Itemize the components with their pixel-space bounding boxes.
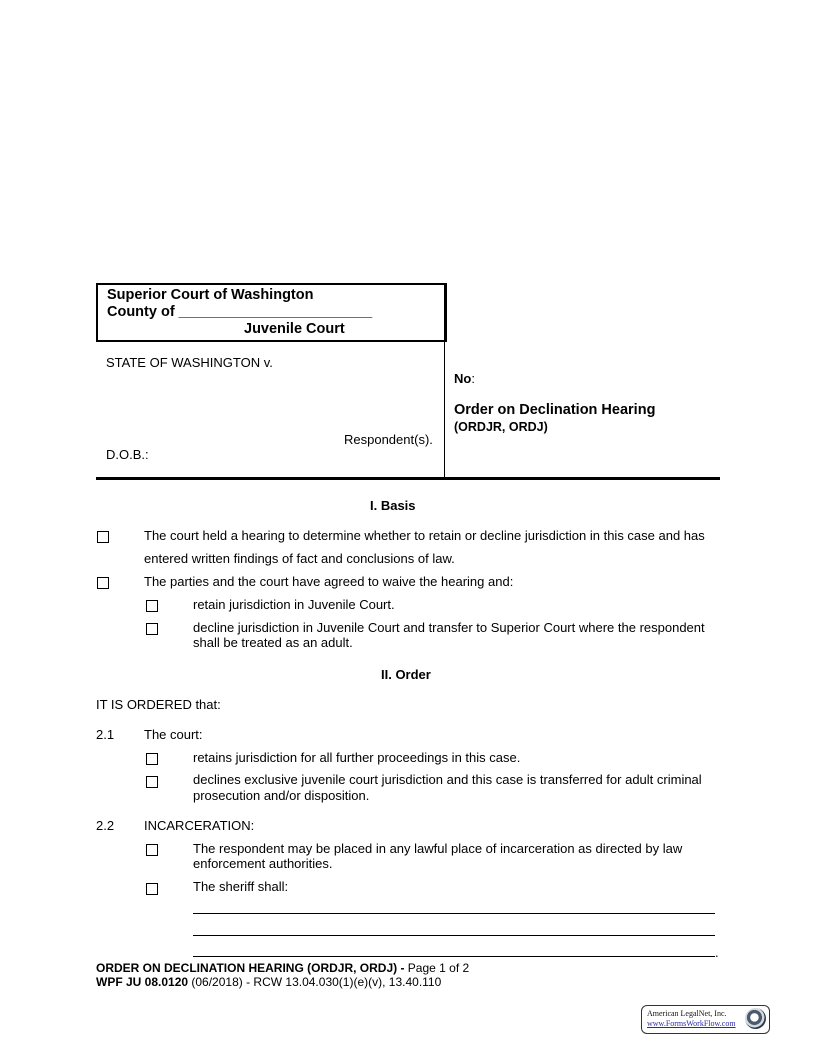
retain-jurisdiction-text: retain jurisdiction in Juvenile Court. — [193, 597, 395, 613]
basis-waive-checkbox[interactable] — [97, 577, 109, 589]
para-2-1-label: The court: — [144, 727, 203, 743]
para-2-2-number: 2.2 — [96, 818, 114, 834]
footer-page-number: Page 1 of 2 — [404, 961, 469, 975]
retain-jurisdiction-checkbox[interactable] — [146, 600, 158, 612]
retains-jurisdiction-checkbox[interactable] — [146, 753, 158, 765]
section-basis-heading: I. Basis — [370, 498, 416, 513]
basis-hearing-text-2: entered written findings of fact and con… — [144, 551, 455, 567]
dob-label: D.O.B.: — [106, 447, 149, 463]
caption-divider — [444, 283, 445, 478]
footer-form-reference: (06/2018) - RCW 13.04.030(1)(e)(v), 13.4… — [188, 975, 441, 989]
decline-jurisdiction-text-1: decline jurisdiction in Juvenile Court a… — [193, 620, 705, 636]
case-number-label: No — [454, 371, 471, 386]
end-period: . — [715, 945, 719, 961]
sheriff-instructions-line-3[interactable] — [193, 956, 715, 957]
footer-form-code: WPF JU 08.0120 — [96, 975, 188, 989]
para-2-2-label: INCARCERATION: — [144, 818, 254, 834]
para-2-1-number: 2.1 — [96, 727, 114, 743]
footer-form-title: ORDER ON DECLINATION HEARING (ORDJR, ORD… — [96, 961, 404, 975]
form-title: Order on Declination Hearing — [454, 402, 655, 418]
state-line: STATE OF WASHINGTON v. — [106, 355, 273, 371]
basis-hearing-checkbox[interactable] — [97, 531, 109, 543]
sheriff-instructions-line-2[interactable] — [193, 935, 715, 936]
decline-jurisdiction-text-2: shall be treated as an adult. — [193, 635, 353, 651]
globe-icon — [745, 1008, 766, 1029]
ordered-intro: IT IS ORDERED that: — [96, 697, 221, 713]
declines-jurisdiction-text-1: declines exclusive juvenile court jurisd… — [193, 772, 702, 788]
declines-jurisdiction-text-2: prosecution and/or disposition. — [193, 788, 369, 804]
basis-hearing-text-1: The court held a hearing to determine wh… — [144, 528, 705, 544]
case-number-colon: : — [471, 371, 475, 386]
decline-jurisdiction-checkbox[interactable] — [146, 623, 158, 635]
respondent-label: Respondent(s). — [344, 432, 433, 448]
logo-company-name: American LegalNet, Inc. — [647, 1009, 727, 1018]
sheriff-instructions-line-1[interactable] — [193, 913, 715, 914]
juvenile-court-label: Juvenile Court — [244, 321, 345, 337]
county-field[interactable]: County of ________________________ — [107, 304, 372, 320]
court-caption-box: Superior Court of Washington County of _… — [96, 283, 447, 342]
incarceration-lawful-place-checkbox[interactable] — [146, 844, 158, 856]
footer-form-id: WPF JU 08.0120 (06/2018) - RCW 13.04.030… — [96, 975, 441, 989]
court-name: Superior Court of Washington — [107, 287, 313, 303]
footer-title: ORDER ON DECLINATION HEARING (ORDJR, ORD… — [96, 961, 469, 975]
logo-website-link[interactable]: www.FormsWorkFlow.com — [647, 1019, 736, 1028]
basis-waive-text: The parties and the court have agreed to… — [144, 574, 513, 590]
incarceration-text-2: enforcement authorities. — [193, 856, 332, 872]
section-order-heading: II. Order — [381, 667, 431, 682]
sheriff-shall-text: The sheriff shall: — [193, 879, 288, 895]
form-codes: (ORDJR, ORDJ) — [454, 420, 548, 434]
american-legalnet-logo[interactable]: American LegalNet, Inc. www.FormsWorkFlo… — [641, 1005, 770, 1034]
incarceration-text-1: The respondent may be placed in any lawf… — [193, 841, 682, 857]
sheriff-shall-checkbox[interactable] — [146, 883, 158, 895]
case-number-field[interactable]: No: — [454, 371, 475, 387]
declines-jurisdiction-checkbox[interactable] — [146, 776, 158, 788]
caption-bottom-rule — [96, 477, 720, 480]
retains-jurisdiction-text: retains jurisdiction for all further pro… — [193, 750, 520, 766]
